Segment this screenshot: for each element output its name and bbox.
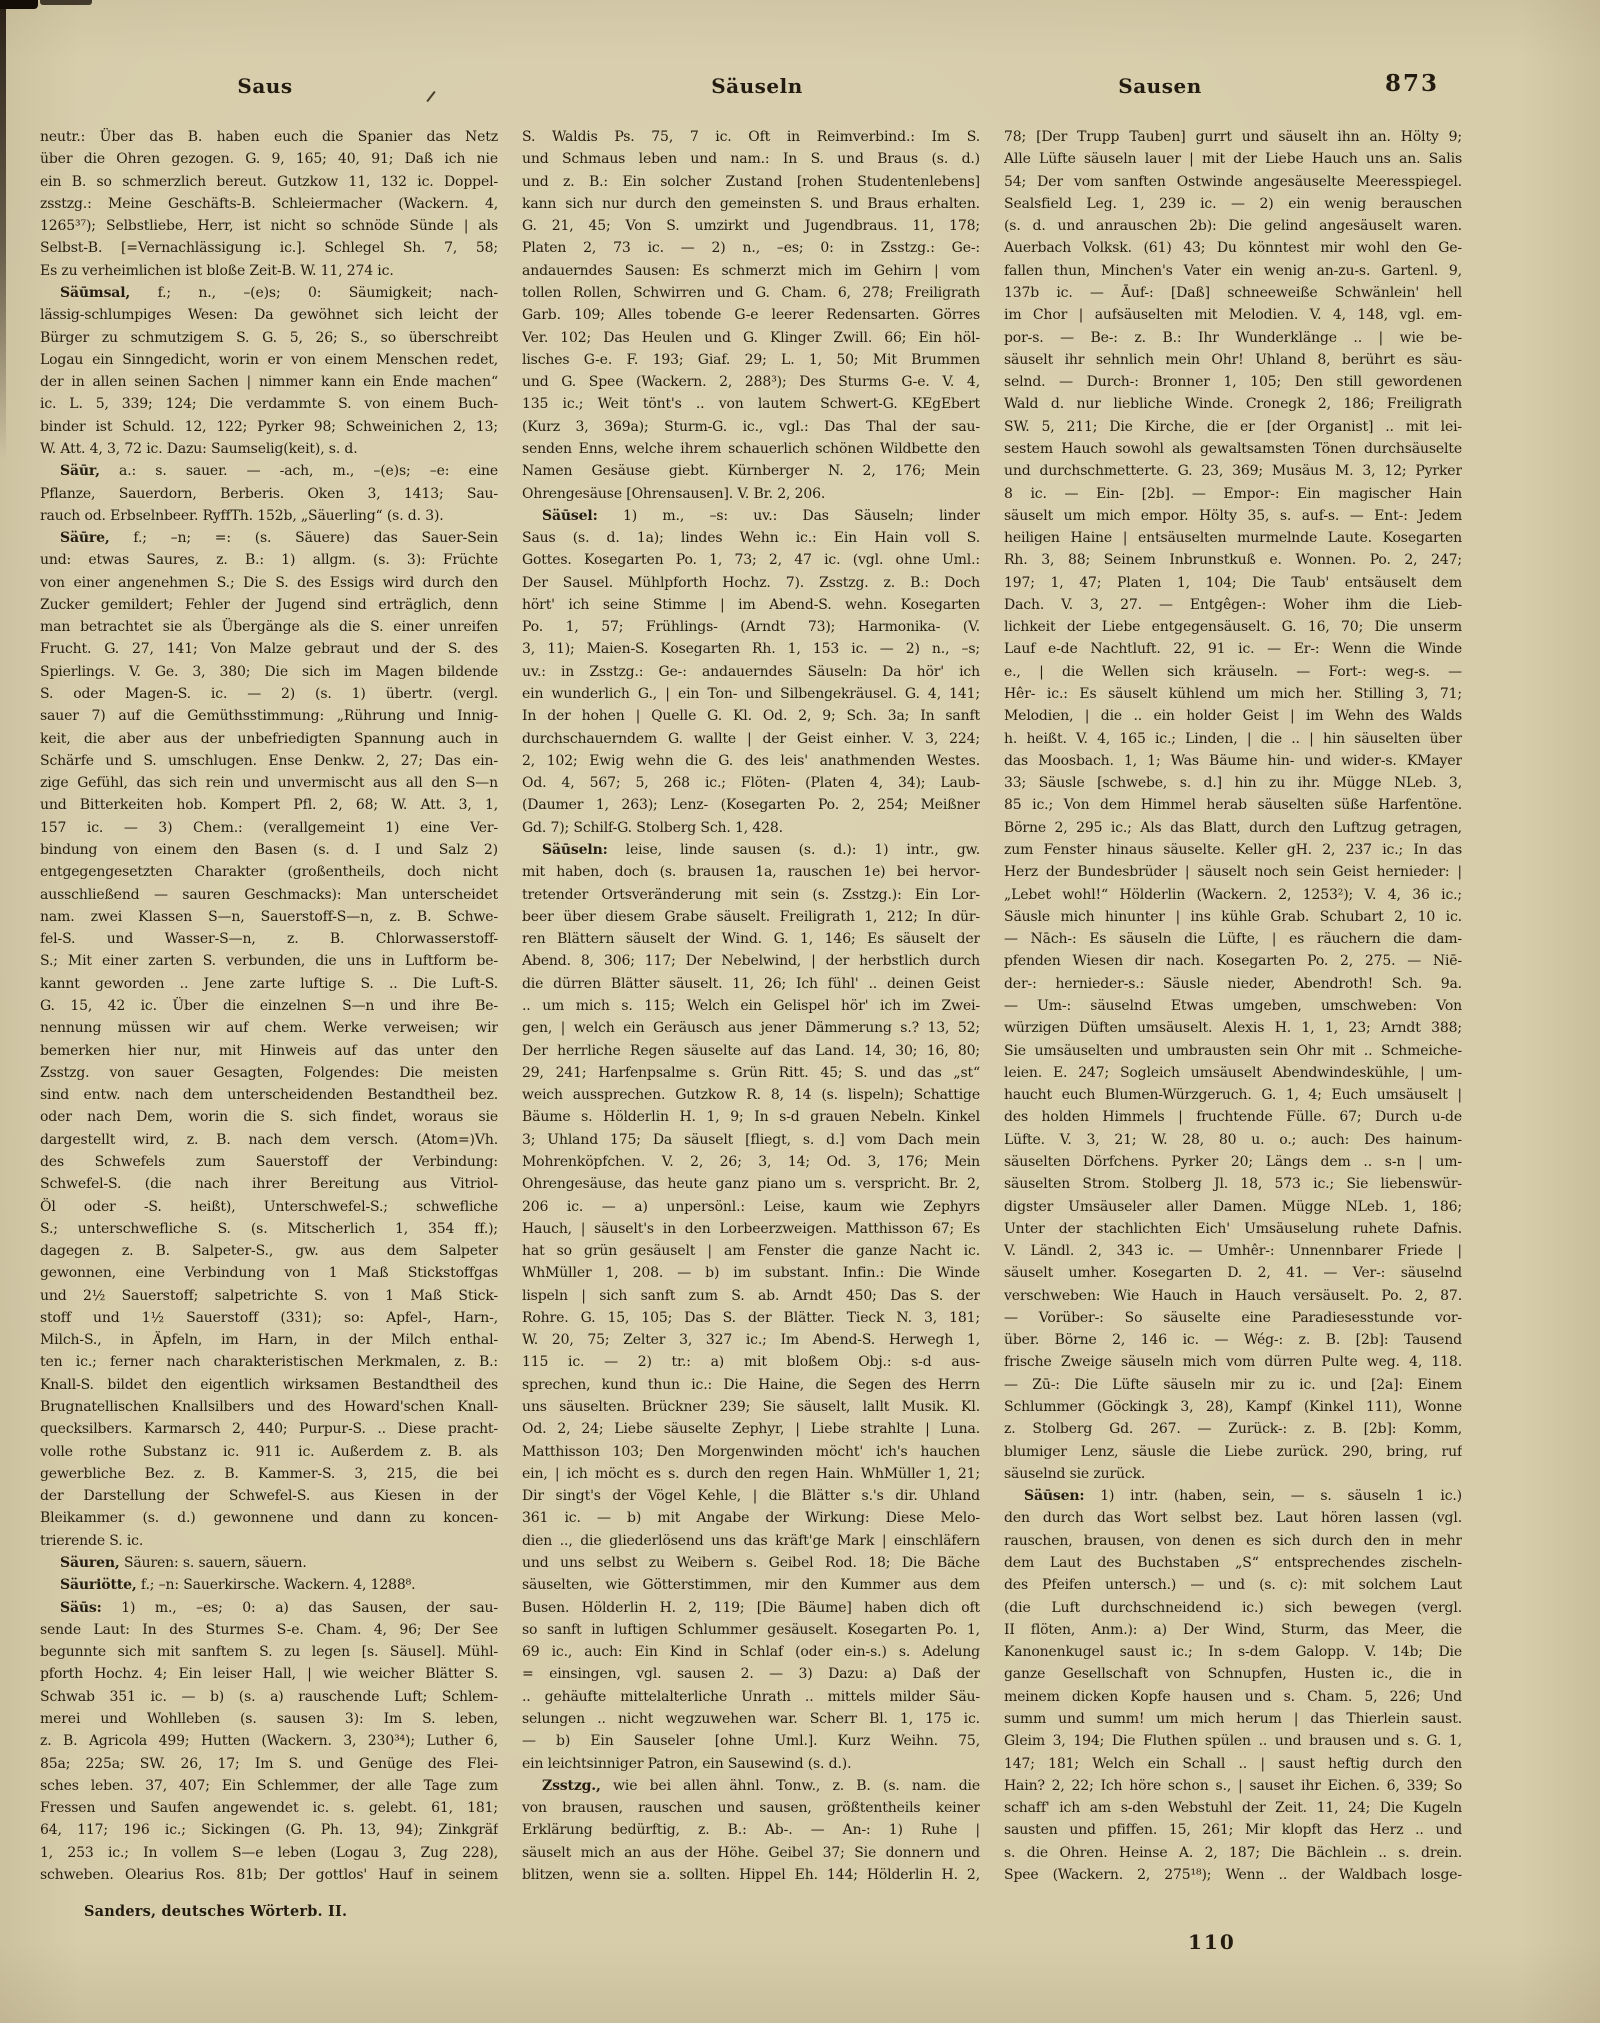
text-line: S. oder Magen-S. ic. — 2) (s. 1) übertr.… — [40, 683, 498, 705]
dictionary-column-1: neutr.: Über das B. haben euch die Spani… — [40, 126, 498, 1886]
text-line: Dir singt's der Vögel Kehle, | die Blätt… — [522, 1485, 980, 1507]
text-line: sauer 7) auf die Gemüthsstimmung: „Rühru… — [40, 705, 498, 727]
text-line: säuselten Dörfchens. Pyrker 20; Längs de… — [1004, 1151, 1462, 1173]
text-line: z. Stolberg Gd. 267. — Zurück-: z. B. [2… — [1004, 1418, 1462, 1440]
text-line: Gleim 3, 194; Die Fluthen spülen .. und … — [1004, 1730, 1462, 1752]
text-line: Saus (s. d. 1a); lindes Wehn ic.: Ein Ha… — [522, 527, 980, 549]
text-line: zum Fenster hinaus säuselte. Keller gH. … — [1004, 839, 1462, 861]
text-line: Po. 1, 57; Frühlings- (Arndt 73); Harmon… — [522, 616, 980, 638]
text-line: 69 ic., auch: Ein Kind in Schlaf (oder e… — [522, 1641, 980, 1663]
text-line: Rohre. G. 15, 105; Das S. der Blätter. T… — [522, 1307, 980, 1329]
text-line: Der Sausel. Mühlpforth Hochz. 7). Zsstzg… — [522, 572, 980, 594]
headword: Säūsen: — [1024, 1488, 1084, 1504]
text-line: rauch od. Erbselnbeer. RyffTh. 152b, „Sä… — [40, 505, 498, 527]
text-line: schaff' ich am s-den Webstuhl der Zeit. … — [1004, 1797, 1462, 1819]
text-line: Säusle mich hinunter | ins kühle Grab. S… — [1004, 906, 1462, 928]
text-line: von einer angenehmen S.; Die S. des Essi… — [40, 572, 498, 594]
text-line: Herz der Bundesbrüder | säuselt noch sei… — [1004, 861, 1462, 883]
text-line: lispeln | sich sanft zum S. ab. Arndt 45… — [522, 1285, 980, 1307]
text-line: bemerken hier nur, mit Hinweis auf das u… — [40, 1040, 498, 1062]
text-line: Fressen und Saufen angewendet ic. s. gel… — [40, 1797, 498, 1819]
text-line: der-: hernieder-s.: Säusle nieder, Abend… — [1004, 973, 1462, 995]
text-line: WhMüller 1, 208. — b) im substant. Infin… — [522, 1262, 980, 1284]
text-line: keit, die aber aus der unbefriedigten Sp… — [40, 728, 498, 750]
text-line: lichkeit der Liebe entgegensäuselt. G. 1… — [1004, 616, 1462, 638]
text-line: uns säuselten. Brückner 239; Sie säuselt… — [522, 1396, 980, 1418]
running-head-left: Saus — [237, 74, 292, 98]
text-line: ein B. so schmerzlich bereut. Gutzkow 11… — [40, 171, 498, 193]
text-line: stoff und 1½ Sauerstoff (331); so: Apfel… — [40, 1307, 498, 1329]
text-line: säuselt ihr sehnlich mein Ohr! Uhland 8,… — [1004, 349, 1462, 371]
text-line: Brugnatellischen Knallsilbers und des Ho… — [40, 1396, 498, 1418]
text-line: und G. Spee (Wackern. 2, 288³); Des Stur… — [522, 371, 980, 393]
headword: Säuren, — [60, 1555, 120, 1571]
headword: Säūmsal, — [60, 285, 130, 301]
text-line: blitzen, wenn sie a. sollten. Hippel Eh.… — [522, 1864, 980, 1886]
text-line: SW. 5, 211; Die Kirche, die er [der Orga… — [1004, 416, 1462, 438]
text-line: Säūsel: 1) m., –s: uv.: Das Säuseln; lin… — [522, 505, 980, 527]
text-line: Wald d. nur liebliche Winde. Cronegk 2, … — [1004, 393, 1462, 415]
text-line: Säūs: 1) m., –es; 0: a) das Sausen, der … — [40, 1597, 498, 1619]
text-line: des holden Himmels | fruchtende Fülle. 6… — [1004, 1106, 1462, 1128]
text-line: Busen. Hölderlin H. 2, 119; [Die Bäume] … — [522, 1597, 980, 1619]
text-line: fallen thun, Minchen's Vater ein wenig a… — [1004, 260, 1462, 282]
text-line: verschweben: Wie Hauch in Hauch versäuse… — [1004, 1285, 1462, 1307]
text-line: Sealsfield Leg. 1, 239 ic. — 2) ein weni… — [1004, 193, 1462, 215]
text-line: ein leichtsinniger Patron, ein Sausewind… — [522, 1753, 980, 1775]
text-line: 2, 102; Ewig wehn die G. des leis' anath… — [522, 750, 980, 772]
text-line: V. Ländl. 2, 343 ic. — Umhêr-: Unnennbar… — [1004, 1240, 1462, 1262]
text-line: des Schwefels zum Sauerstoff der Verbind… — [40, 1151, 498, 1173]
text-line: quecksilbers. Karmarsch 2, 440; Purpur-S… — [40, 1418, 498, 1440]
text-line: ganze Gesellschaft von Schnupfen, Husten… — [1004, 1663, 1462, 1685]
text-line: 157 ic. — 3) Chem.: (verallgemeint 1) ei… — [40, 817, 498, 839]
text-line: Selbst-B. [=Vernachlässigung ic.]. Schle… — [40, 237, 498, 259]
page-number: 873 — [1385, 70, 1439, 97]
running-head-center: Säuseln — [711, 74, 803, 98]
text-line: 147; 181; Welch ein Schall .. | saust he… — [1004, 1753, 1462, 1775]
text-line: kann sich nur durch den gemeinsten S. un… — [522, 193, 980, 215]
text-line: Spierlings. V. Ge. 3, 380; Die sich im M… — [40, 661, 498, 683]
text-line: säuselnd sie zurück. — [1004, 1463, 1462, 1485]
text-line: nennung müssen wir auf chem. Werke verwe… — [40, 1017, 498, 1039]
text-line: Abend. 8, 306; 117; Der Nebelwind, | der… — [522, 950, 980, 972]
text-line: Lüfte. V. 3, 21; W. 28, 80 u. o.; auch: … — [1004, 1129, 1462, 1151]
text-line: 54; Der vom sanften Ostwinde angesäuselt… — [1004, 171, 1462, 193]
text-line: uv.: in Zsstzg.: Ge-: andauerndes Säusel… — [522, 661, 980, 683]
text-line: II flöten, Anm.): a) Der Wind, Sturm, da… — [1004, 1619, 1462, 1641]
text-line: hat so grün gesäuselt | am Fenster die g… — [522, 1240, 980, 1262]
text-line: ren Blättern säuselt der Wind. G. 1, 146… — [522, 928, 980, 950]
text-line: Hain? 2, 22; Ich höre schon s., | sauset… — [1004, 1775, 1462, 1797]
text-line: (Daumer 1, 263); Lenz- (Kosegarten Po. 2… — [522, 794, 980, 816]
text-line: den durch das Wort selbst bez. Laut höre… — [1004, 1507, 1462, 1529]
text-line: Melodien, | die .. ein holder Geist | im… — [1004, 705, 1462, 727]
text-line: sind entw. nach dem unterscheidenden Bes… — [40, 1084, 498, 1106]
text-line: — Nāch-: Es säuseln die Lüfte, | es räuc… — [1004, 928, 1462, 950]
text-line: Säūr, a.: s. sauer. — -ach, m., –(e)s; –… — [40, 460, 498, 482]
text-line: Bürger zu schmutzigem S. G. 5, 26; S., s… — [40, 327, 498, 349]
text-line: (s. d. und anrauschen 2b): Die gelind an… — [1004, 215, 1462, 237]
text-line: Börne 2, 295 ic.; Als das Blatt, durch d… — [1004, 817, 1462, 839]
text-line: selnd. — Durch-: Bronner 1, 105; Den sti… — [1004, 371, 1462, 393]
text-line: dem Laut des Buchstaben „S“ entsprechend… — [1004, 1552, 1462, 1574]
text-line: zsstzg.: Meine Geschäfts-B. Schleiermach… — [40, 193, 498, 215]
text-line: Auerbach Volksk. (61) 43; Du könntest mi… — [1004, 237, 1462, 259]
text-line: zige Gefühl, das sich rein und unvermisc… — [40, 772, 498, 794]
text-line: Unter der stachlichten Eich' Umsäuselung… — [1004, 1218, 1462, 1240]
text-line: Dach. V. 3, 27. — Entgêgen-: Woher ihm d… — [1004, 594, 1462, 616]
text-line: sches leben. 37, 407; Ein Schlemmer, der… — [40, 1775, 498, 1797]
text-line: „Lebet wohl!“ Hölderlin (Wackern. 2, 125… — [1004, 884, 1462, 906]
text-line: S.; Mit einer zarten S. verbunden, die u… — [40, 950, 498, 972]
text-line: trierende S. ic. — [40, 1530, 498, 1552]
text-line: Matthisson 103; Den Morgenwinden möcht' … — [522, 1441, 980, 1463]
text-line: würzigen Düften umsäuselt. Alexis H. 1, … — [1004, 1017, 1462, 1039]
text-line: und Bitterkeiten hob. Kompert Pfl. 2, 68… — [40, 794, 498, 816]
text-line: gewonnen, eine Verbindung von 1 Maß Stic… — [40, 1262, 498, 1284]
text-line: 115 ic. — 2) tr.: a) mit bloßem Obj.: s-… — [522, 1351, 980, 1373]
text-line: begunnte sich mit sanftem S. zu legen [s… — [40, 1641, 498, 1663]
text-line: Bäume s. Hölderlin H. 1, 9; In s-d graue… — [522, 1106, 980, 1128]
text-line: S. Waldis Ps. 75, 7 ic. Oft in Reimverbi… — [522, 126, 980, 148]
text-line: Knall-S. bildet den eigentlich wirksamen… — [40, 1374, 498, 1396]
text-line: bindung von einem den Basen (s. d. I und… — [40, 839, 498, 861]
text-line: und uns selbst zu Weibern s. Geibel Rod.… — [522, 1552, 980, 1574]
text-line: Lauf e-de Nachtluft. 22, 91 ic. — Er-: W… — [1004, 638, 1462, 660]
text-line: ausschließend — sauren Geschmacks): Man … — [40, 884, 498, 906]
text-line: säuselt umher. Kosegarten D. 2, 41. — Ve… — [1004, 1262, 1462, 1284]
text-line: Garb. 109; Alles tobende G-e leerer Rede… — [522, 304, 980, 326]
text-line: und: etwas Saures, z. B.: 1) allgm. (s. … — [40, 549, 498, 571]
text-line: — Zū-: Die Lüfte säuseln mir zu ic. und … — [1004, 1374, 1462, 1396]
text-line: Alle Lüfte säuseln lauer | mit der Liebe… — [1004, 148, 1462, 170]
text-line: beer über diesem Grabe säuselt. Freiligr… — [522, 906, 980, 928]
text-line: sestem Hauch sowohl als gewaltsamsten Tö… — [1004, 438, 1462, 460]
text-line: über. Börne 2, 146 ic. — Wég-: z. B. [2b… — [1004, 1329, 1462, 1351]
text-line: durchschauerndem G. wallte | der Geist e… — [522, 728, 980, 750]
text-line: = einsingen, vgl. sausen 2. — 3) Dazu: a… — [522, 1663, 980, 1685]
text-line: mit haben, doch (s. brausen 1a, rauschen… — [522, 861, 980, 883]
text-line: 85a; 225a; SW. 26, 17; Im S. und Genüge … — [40, 1753, 498, 1775]
text-line: W. Att. 4, 3, 72 ic. Dazu: Saumselig(kei… — [40, 438, 498, 460]
text-line: neutr.: Über das B. haben euch die Spani… — [40, 126, 498, 148]
text-line: Säūsen: 1) intr. (haben, sein, — s. säus… — [1004, 1485, 1462, 1507]
text-line: so sanft in luftigen Schlummer gesäuselt… — [522, 1619, 980, 1641]
text-line: 8 ic. — Ein- [2b]. — Empor-: Ein magisch… — [1004, 483, 1462, 505]
text-line: .. um mich s. 115; Welch ein Gelispel hö… — [522, 995, 980, 1017]
text-line: säuselten, wie Götterstimmen, mir den Ku… — [522, 1574, 980, 1596]
text-line: — Vorüber-: So säuselte eine Paradiesess… — [1004, 1307, 1462, 1329]
text-line: Ohrengesäuse, das heute ganz piano um s.… — [522, 1173, 980, 1195]
text-line: blumiger Lenz, säusle die Liebe zurück. … — [1004, 1441, 1462, 1463]
text-line: über die Ohren gezogen. G. 9, 165; 40, 9… — [40, 148, 498, 170]
text-line: sausten und pfiffen. 15, 261; Mir klopft… — [1004, 1819, 1462, 1841]
text-line: pforth Hochz. 4; Ein leiser Hall, | wie … — [40, 1663, 498, 1685]
text-line: 33; Säusle [schwebe, s. d.] hin zu ihr. … — [1004, 772, 1462, 794]
text-line: Od. 2, 24; Liebe säuselte Zephyr, | Lieb… — [522, 1418, 980, 1440]
text-line: ein wunderlich G., | ein Ton- und Silben… — [522, 683, 980, 705]
text-line: lässig-schlumpiges Wesen: Da gewöhnet si… — [40, 304, 498, 326]
text-line: Zsstzg. von sauer Gesagten, Folgendes: D… — [40, 1062, 498, 1084]
text-line: 85 ic.; Von dem Himmel herab säuselten s… — [1004, 794, 1462, 816]
dictionary-column-3: 78; [Der Trupp Tauben] gurrt und säuselt… — [1004, 126, 1462, 1886]
text-line: 1265³⁷); Selbstliebe, Herr, ist nicht so… — [40, 215, 498, 237]
scanned-dictionary-page: { "page": { "colors": { "paper": "#d7cda… — [0, 0, 1600, 2023]
text-line: das Moosbach. 1, 1; Was Bäume hin- und w… — [1004, 750, 1462, 772]
text-line: die dürren Blätter säuselt. 11, 26; Ich … — [522, 973, 980, 995]
text-line: 3, 11); Maien-S. Kosegarten Rh. 1, 153 i… — [522, 638, 980, 660]
text-line: gen, | welch ein Geräusch aus jener Dämm… — [522, 1017, 980, 1039]
text-line: 361 ic. — b) mit Angabe der Wirkung: Die… — [522, 1507, 980, 1529]
text-line: Frucht. G. 27, 141; Von Malze gebraut un… — [40, 638, 498, 660]
text-line: rauschen, brausen, von denen es sich dur… — [1004, 1530, 1462, 1552]
text-line: Säūseln: leise, linde sausen (s. d.): 1)… — [522, 839, 980, 861]
text-line: Hêr- ic.: Es säuselt kühlend um mich her… — [1004, 683, 1462, 705]
scan-edge-shadow — [0, 0, 6, 460]
text-line: und durchschmetterte. G. 23, 369; Musäus… — [1004, 460, 1462, 482]
text-line: im Chor | aufsäuselten mit Melodien. V. … — [1004, 304, 1462, 326]
text-line: dargestellt wird, z. B. nach dem versch.… — [40, 1129, 498, 1151]
ink-stray-mark — [426, 91, 436, 102]
text-line: (die Luft durchschneidend ic.) sich bewe… — [1004, 1597, 1462, 1619]
text-line: heiligen Haine | entsäuselten murmelnde … — [1004, 527, 1462, 549]
text-line: Milch-S., in Äpfeln, im Harn, in der Mil… — [40, 1329, 498, 1351]
text-line: 78; [Der Trupp Tauben] gurrt und säuselt… — [1004, 126, 1462, 148]
text-line: säuselten Strom. Stolberg Jl. 18, 573 ic… — [1004, 1173, 1462, 1195]
text-line: Bleikammer (s. d.) gewonnene und dann zu… — [40, 1507, 498, 1529]
dictionary-column-2: S. Waldis Ps. 75, 7 ic. Oft in Reimverbi… — [522, 126, 980, 1886]
text-line: entgegengesetzten Charakter (großentheil… — [40, 861, 498, 883]
text-line: Spee (Wackern. 2, 275¹⁸); Wenn .. der Wa… — [1004, 1864, 1462, 1886]
text-line: Ver. 102; Das Heulen und G. Klinger Zwil… — [522, 327, 980, 349]
headword: Zsstzg., — [542, 1778, 601, 1794]
text-line: ein, | ich möcht es s. durch den regen H… — [522, 1463, 980, 1485]
text-line: 197; 1, 47; Platen 1, 104; Die Taub' ent… — [1004, 572, 1462, 594]
text-line: Erklärung bedürftig, z. B.: Ab-. — An-: … — [522, 1819, 980, 1841]
text-line: Öl oder -S. heißt), Unterschwefel-S.; sc… — [40, 1196, 498, 1218]
text-line: der Darstellung der Schwefel-S. aus Kies… — [40, 1485, 498, 1507]
text-line: Mohrenköpfchen. V. 2, 26; 3, 14; Od. 3, … — [522, 1151, 980, 1173]
text-line: fel-S. und Wasser-S—n, z. B. Chlorwasser… — [40, 928, 498, 950]
text-line: schweben. Olearius Ros. 81b; Der gottlos… — [40, 1864, 498, 1886]
text-line: Od. 4, 567; 5, 268 ic.; Flöten- (Platen … — [522, 772, 980, 794]
text-line: weich aussprechen. Gutzkow R. 8, 14 (s. … — [522, 1084, 980, 1106]
text-line: der in allen seinen Sachen | nimmer kann… — [40, 371, 498, 393]
text-line: G. 21, 45; Von S. umzirkt und Jugendbrau… — [522, 215, 980, 237]
headword: Säūre, — [60, 530, 110, 546]
text-line: .. gehäufte mittelalterliche Unrath .. m… — [522, 1686, 980, 1708]
text-line: 29, 241; Harfenpsalme s. Grün Ritt. 45; … — [522, 1062, 980, 1084]
text-line: Säuren, Säuren: s. sauern, säuern. — [40, 1552, 498, 1574]
text-line: Kanonenkugel saust ic.; In s-dem Galopp.… — [1004, 1641, 1462, 1663]
text-line: Säūmsal, f.; n., –(e)s; 0: Säumigkeit; n… — [40, 282, 498, 304]
text-line: Namen Gesäuse giebt. Kürnberger N. 2, 17… — [522, 460, 980, 482]
text-line: Schlummer (Göckingk 3, 28), Kampf (Kinke… — [1004, 1396, 1462, 1418]
headword: Säūsel: — [542, 508, 598, 524]
text-line: G. 15, 42 ic. Über die einzelnen S—n und… — [40, 995, 498, 1017]
text-line: 1, 253 ic.; In vollem S—e leben (Logau 3… — [40, 1842, 498, 1864]
text-line: Gottes. Kosegarten Po. 1, 73; 2, 47 ic. … — [522, 549, 980, 571]
scan-smudge — [40, 0, 92, 5]
text-line: tollen Rollen, Schwirren und G. Cham. 6,… — [522, 282, 980, 304]
text-line: senden Enns, welche ihrem schauerlich sc… — [522, 438, 980, 460]
text-line: sende Laut: In des Sturmes S-e. Cham. 4,… — [40, 1619, 498, 1641]
text-line: merei und Wohlleben (s. sausen 3): Im S.… — [40, 1708, 498, 1730]
text-line: — Um-: säuselnd Etwas umgeben, umschwebe… — [1004, 995, 1462, 1017]
text-line: hört' ich seine Stimme | im Abend-S. weh… — [522, 594, 980, 616]
text-line: oder nach Dem, worin die S. sich findet,… — [40, 1106, 498, 1128]
text-line: ten ic.; ferner nach charakteristischen … — [40, 1351, 498, 1373]
text-line: z. B. Agricola 499; Hutten (Wackern. 3, … — [40, 1730, 498, 1752]
text-line: (Kurz 3, 369a); Sturm-G. ic., vgl.: Das … — [522, 416, 980, 438]
text-line: 206 ic. — a) unpersönl.: Leise, kaum wie… — [522, 1196, 980, 1218]
text-line: S.; unterschwefliche S. (s. Mitscherlich… — [40, 1218, 498, 1240]
text-line: s. die Ohren. Heinse A. 2, 187; Die Bäch… — [1004, 1842, 1462, 1864]
text-line: Schwefel-S. (die nach ihrer Bereitung au… — [40, 1173, 498, 1195]
text-line: 3; Uhland 175; Da säuselt [fliegt, s. d.… — [522, 1129, 980, 1151]
text-line: von brausen, rauschen und sausen, größte… — [522, 1797, 980, 1819]
text-line: Schwab 351 ic. — b) (s. a) rauschende Lu… — [40, 1686, 498, 1708]
text-line: summ und summ! um mich herum | das Thier… — [1004, 1708, 1462, 1730]
text-line: Hauch, | säuselt's in den Lorbeerzweigen… — [522, 1218, 980, 1240]
text-line: gewerbliche Bez. z. B. Kammer-S. 3, 215,… — [40, 1463, 498, 1485]
text-line: 64, 117; 196 ic.; Sickingen (G. Ph. 13, … — [40, 1819, 498, 1841]
text-line: Zsstzg., wie bei allen ähnl. Tonw., z. B… — [522, 1775, 980, 1797]
text-line: sprechen, kund thun ic.: Die Haine, die … — [522, 1374, 980, 1396]
text-line: Zucker gemildert; Fehler der Jugend sind… — [40, 594, 498, 616]
text-line: selungen .. nicht wegzuwehen war. Scherr… — [522, 1708, 980, 1730]
text-line: Platen 2, 73 ic. — 2) n., –es; 0: in Zss… — [522, 237, 980, 259]
text-line: Sie umsäuselten und umbrausten sein Ohr … — [1004, 1040, 1462, 1062]
text-line: und z. B.: Ein solcher Zustand [rohen St… — [522, 171, 980, 193]
text-line: — b) Ein Sauseler [ohne Uml.]. Kurz Weih… — [522, 1730, 980, 1752]
text-line: 137b ic. — Āuf-: [Daß] schneeweiße Schwä… — [1004, 282, 1462, 304]
text-line: Es zu verheimlichen ist bloße Zeit-B. W.… — [40, 260, 498, 282]
text-line: haucht euch Blumen-Würzgeruch. G. 1, 4; … — [1004, 1084, 1462, 1106]
text-line: säuselt um mich empor. Hölty 35, s. auf-… — [1004, 505, 1462, 527]
text-line: W. 20, 75; Zelter 3, 327 ic.; Im Abend-S… — [522, 1329, 980, 1351]
text-line: Der herrliche Regen säuselte auf das Lan… — [522, 1040, 980, 1062]
text-line: In der hohen | Quelle G. Kl. Od. 2, 9; S… — [522, 705, 980, 727]
text-line: e., | die Wellen sich kräuseln. — Fort-:… — [1004, 661, 1462, 683]
text-line: säuselt mich an aus der Höhe. Geibel 37;… — [522, 1842, 980, 1864]
text-line: Ohrengesäuse [Ohrensausen]. V. Br. 2, 20… — [522, 483, 980, 505]
text-line: Gd. 7); Schilf-G. Stolberg Sch. 1, 428. — [522, 817, 980, 839]
text-line: volle rothe Substanz ic. 911 ic. Außerde… — [40, 1441, 498, 1463]
headword: Säūs: — [60, 1600, 102, 1616]
text-line: des Pfeifen untersch.) — und (s. c): mit… — [1004, 1574, 1462, 1596]
text-line: tretender Ortsveränderung mit sein (s. Z… — [522, 884, 980, 906]
volume-signature: Sanders, deutsches Wörterb. II. — [84, 1903, 347, 1920]
text-line: Logau ein Sinngedicht, worin er von eine… — [40, 349, 498, 371]
text-line: nam. zwei Klassen S—n, Sauerstoff-S—n, z… — [40, 906, 498, 928]
text-line: meinem dicken Kopfe hausen und s. Cham. … — [1004, 1686, 1462, 1708]
text-line: leien. E. 247; Sogleich umsäuselt Abendw… — [1004, 1062, 1462, 1084]
text-line: Säuriötte, f.; –n: Sauerkirsche. Wackern… — [40, 1574, 498, 1596]
text-line: man betrachtet sie als Übergänge als die… — [40, 616, 498, 638]
text-line: frische Zweige säuseln mich vom dürren P… — [1004, 1351, 1462, 1373]
headword: Säūseln: — [542, 842, 608, 858]
text-line: Schärfe und S. umschlugen. Ense Denkw. 2… — [40, 750, 498, 772]
text-line: Pflanze, Sauerdorn, Berberis. Oken 3, 14… — [40, 483, 498, 505]
text-line: und 2½ Sauerstoff; salpetrichte S. von 1… — [40, 1285, 498, 1307]
sheet-number: 110 — [1188, 1930, 1236, 1954]
text-line: dagegen z. B. Salpeter-S., gw. aus dem S… — [40, 1240, 498, 1262]
running-head-right: Sausen — [1118, 74, 1201, 98]
text-line: h. heißt. V. 4, 165 ic.; Linden, | die .… — [1004, 728, 1462, 750]
text-line: por-s. — Be-: z. B.: Ihr Wunderklänge ..… — [1004, 327, 1462, 349]
headword: Säūr, — [60, 463, 100, 479]
text-line: ic. L. 5, 339; 124; Die verdammte S. von… — [40, 393, 498, 415]
text-line: Rh. 3, 88; Seinem Inbrunstkuß e. Wonnen.… — [1004, 549, 1462, 571]
text-line: digster Umsäuseler aller Damen. Mügge NL… — [1004, 1196, 1462, 1218]
text-line: binder ist Schuld. 12, 122; Pyrker 98; S… — [40, 416, 498, 438]
text-line: dien .., die gliederlösend uns das kräft… — [522, 1530, 980, 1552]
text-line: lisches G-e. F. 193; Giaf. 29; L. 1, 50;… — [522, 349, 980, 371]
text-line: kannt geworden .. Jene zarte luftige S. … — [40, 973, 498, 995]
text-line: pfenden Wiesen dir nach. Kosegarten Po. … — [1004, 950, 1462, 972]
scan-smudge — [0, 0, 38, 9]
text-line: und Schmaus leben und nam.: In S. und Br… — [522, 148, 980, 170]
headword: Säuriötte, — [60, 1577, 137, 1593]
text-line: 135 ic.; Weit tönt's .. von lautem Schwe… — [522, 393, 980, 415]
text-line: andauerndes Sausen: Es schmerzt mich im … — [522, 260, 980, 282]
text-line: Säūre, f.; –n; =: (s. Säuere) das Sauer-… — [40, 527, 498, 549]
